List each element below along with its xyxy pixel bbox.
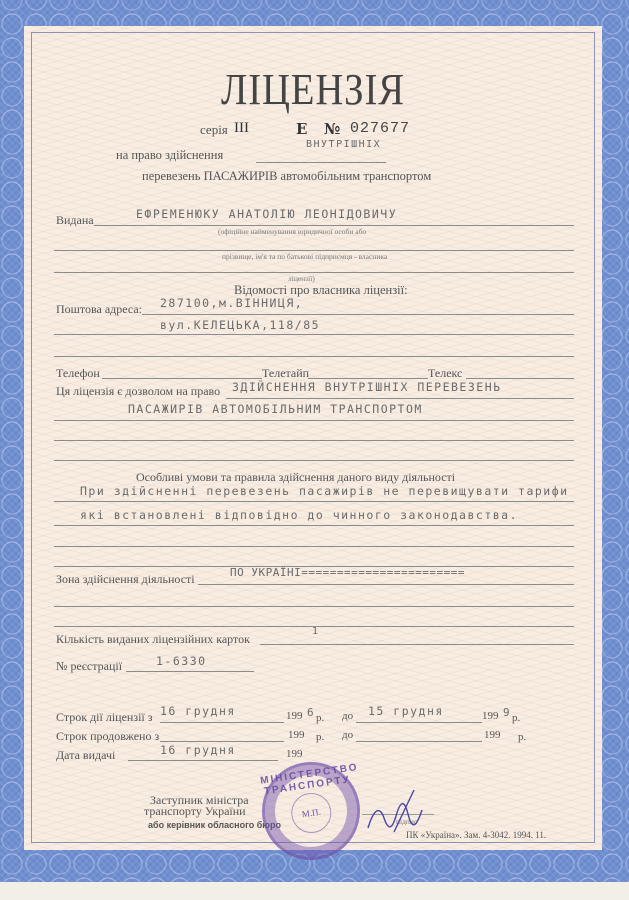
registration-underline [126,671,254,672]
registration-label: № реєстрації [56,659,122,674]
phone-underline [102,378,262,379]
postal-line-2: вул.КЕЛЕЦЬКА,118/85 [160,318,320,332]
right-label: на право здійснення [116,148,223,163]
validity-from-date: 16 грудня [160,704,236,718]
permission-underline-1 [226,398,574,399]
issued-to-value: ЕФРЕМЕНЮКУ АНАТОЛІЮ ЛЕОНІДОВИЧУ [136,207,397,221]
telex-underline [466,378,574,379]
zone-label: Зона здійснення діяльності [56,572,195,587]
postal-underline-1 [142,314,574,315]
issue-date-label: Дата видачі [56,748,115,763]
validity-label: Строк дії ліцензії з [56,710,152,725]
document-title: ЛІЦЕНЗІЯ [59,64,568,115]
permission-underline-3 [54,440,574,441]
series-letter: Е [296,120,307,138]
postal-line-1: 287100,м.ВІННИЦЯ, [160,296,303,310]
conditions-heading: Особливі умови та правила здійснення дан… [136,470,455,485]
postal-underline-3 [54,356,574,357]
coat-of-arms-icon: М.П. [289,790,334,835]
issued-to-hint-2: прізвище, ім'я та по батькові підприємця… [222,252,387,261]
transport-line: перевезень ПАСАЖИРІВ автомобільним транс… [142,169,431,184]
extension-to-underline [356,741,482,742]
conditions-underline-2 [54,525,574,526]
issued-to-underline [94,225,574,226]
right-value: ВНУТРІШНІХ [306,139,381,150]
permission-label: Ця ліцензія є дозволом на право [56,384,220,399]
telex-label: Телекс [428,366,462,381]
permission-underline-4 [54,460,574,461]
extension-to-year-prefix: 199 [484,729,501,741]
cards-label: Кількість виданих ліцензійних карток [56,632,250,647]
conditions-line-2: які встановлені відповідно до чинного за… [80,508,518,522]
extension-from-year-prefix: 199 [288,729,305,741]
signatory-line-2: транспорту України [144,805,246,817]
zone-underline-2 [54,606,574,607]
extension-to-label: до [342,729,353,741]
cards-value: 1 [312,626,320,637]
validity-to-year-suffix: р. [512,712,520,724]
conditions-underline-1 [54,501,574,502]
extension-label: Строк продовжено з [56,729,159,744]
signatory-line-3: або керівник обласного бюро [148,820,281,830]
validity-from-year-digit: 6 [307,706,315,719]
zone-underline [198,584,574,585]
zone-value: ПО УКРАЇНІ======================= [230,566,465,579]
license-paper: ЛІЦЕНЗІЯ серія ІІІ Е № 027677 на право з… [24,26,602,850]
registration-value: 1-6330 [156,654,207,668]
phone-label: Телефон [56,366,100,381]
issued-to-line-2 [54,250,574,251]
validity-from-year-prefix: 199 [286,710,303,722]
teletype-underline [308,378,428,379]
validity-to-label: до [342,710,353,722]
extension-from-underline [160,741,284,742]
validity-from-year-suffix: р. [316,712,324,724]
conditions-underline-3 [54,546,574,547]
issue-date-underline [128,760,278,761]
number-sign: № [324,120,340,138]
issued-to-line-3 [54,272,574,273]
permission-line-2: ПАСАЖИРІВ АВТОМОБІЛЬНИМ ТРАНСПОРТОМ [128,402,423,416]
validity-to-date: 15 грудня [368,704,444,718]
issue-date-value: 16 грудня [160,743,236,757]
extension-to-year-suffix: р. [518,731,526,743]
permission-line-1: ЗДІЙСНЕННЯ ВНУТРІШНІХ ПЕРЕВЕЗЕНЬ [232,380,502,394]
postal-underline-2 [54,334,574,335]
validity-to-year-digit: 9 [503,706,511,719]
validity-to-year-prefix: 199 [482,710,499,722]
series-label: серія [200,122,228,138]
page-edge [0,882,629,900]
right-underline [256,162,386,163]
postal-label: Поштова адреса: [56,302,142,317]
extension-from-year-suffix: р. [316,731,324,743]
seal-label: М.П. [301,807,321,820]
issued-to-hint-1: (офіційне найменування юридичної особи а… [218,227,366,236]
permission-underline-2 [54,420,574,421]
validity-to-underline [356,722,482,723]
license-number: 027677 [350,120,410,137]
teletype-label: Телетайп [262,366,309,381]
conditions-line-1: При здійсненні перевезень пасажирів не п… [80,484,569,498]
cards-underline [260,644,574,645]
series-value: ІІІ [234,120,249,137]
issued-to-label: Видана [56,213,94,228]
print-info: ПК «Україна». Зам. 4-3042. 1994. 11. [406,830,546,840]
issued-to-hint-3: ліцензії) [288,274,315,283]
validity-from-underline [160,722,284,723]
issue-date-year-prefix: 199 [286,748,303,760]
